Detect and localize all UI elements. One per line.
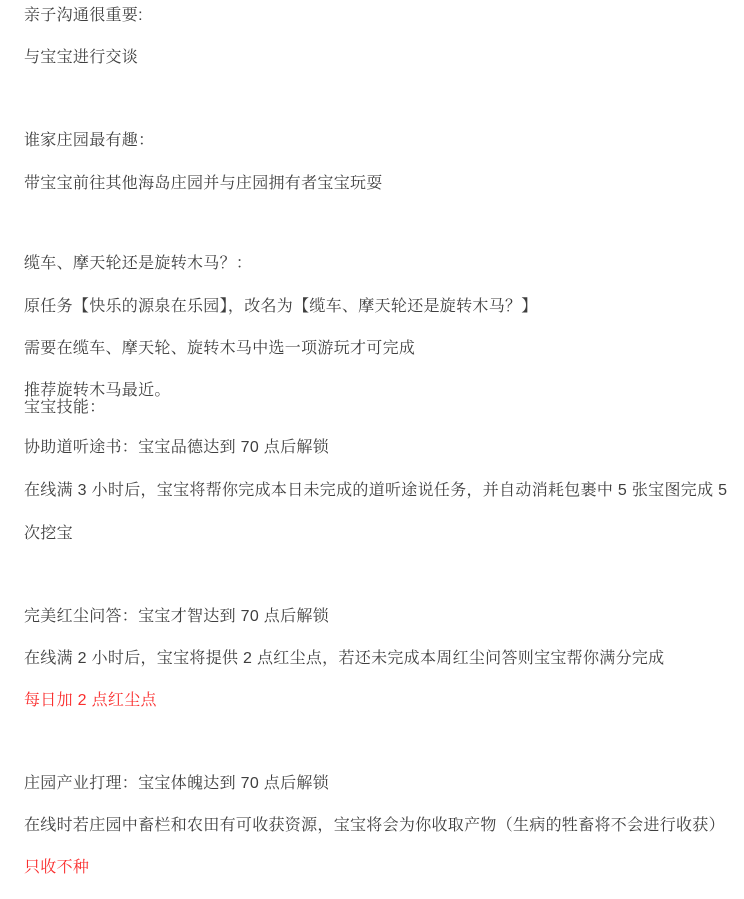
- line-recommend-carousel: 推荐旋转木马最近。: [24, 382, 734, 399]
- heading-baby-skills: 宝宝技能：: [24, 399, 734, 416]
- note-hongchen-daily-bonus: 每日加 2 点红尘点: [24, 692, 734, 709]
- line-visit-other-island-manor: 带宝宝前往其他海岛庄园并与庄园拥有者宝宝玩耍: [24, 175, 734, 192]
- line-skill-manor-unlock: 庄园产业打理：宝宝体魄达到 70 点后解锁: [24, 775, 734, 792]
- heading-cable-car-ferris-carousel: 缆车、摩天轮还是旋转木马？：: [24, 255, 734, 272]
- line-skill-hongchen-desc: 在线满 2 小时后，宝宝将提供 2 点红尘点，若还未完成本周红尘问答则宝宝帮你满…: [24, 650, 734, 667]
- line-skill-daoting-unlock: 协助道听途书：宝宝品德达到 70 点后解锁: [24, 439, 734, 456]
- line-task-renamed: 原任务【快乐的源泉在乐园】，改名为【缆车、摩天轮还是旋转木马？】: [24, 298, 734, 315]
- article-page: 亲子沟通很重要: 与宝宝进行交谈 谁家庄园最有趣： 带宝宝前往其他海岛庄园并与庄…: [0, 0, 744, 899]
- line-skill-daoting-desc-2: 次挖宝: [24, 525, 734, 542]
- note-harvest-only: 只收不种: [24, 859, 734, 876]
- line-talk-with-baby: 与宝宝进行交谈: [24, 49, 734, 66]
- line-skill-daoting-desc-1: 在线满 3 小时后，宝宝将帮你完成本日未完成的道听途说任务，并自动消耗包裹中 5…: [24, 482, 734, 499]
- line-skill-manor-desc: 在线时若庄园中畜栏和农田有可收获资源，宝宝将会为你收取产物（生病的牲畜将不会进行…: [24, 817, 734, 834]
- line-task-requirement: 需要在缆车、摩天轮、旋转木马中选一项游玩才可完成: [24, 340, 734, 357]
- line-skill-hongchen-unlock: 完美红尘问答：宝宝才智达到 70 点后解锁: [24, 608, 734, 625]
- heading-whose-manor-most-fun: 谁家庄园最有趣：: [24, 132, 734, 149]
- heading-parent-child-communication: 亲子沟通很重要:: [24, 7, 734, 24]
